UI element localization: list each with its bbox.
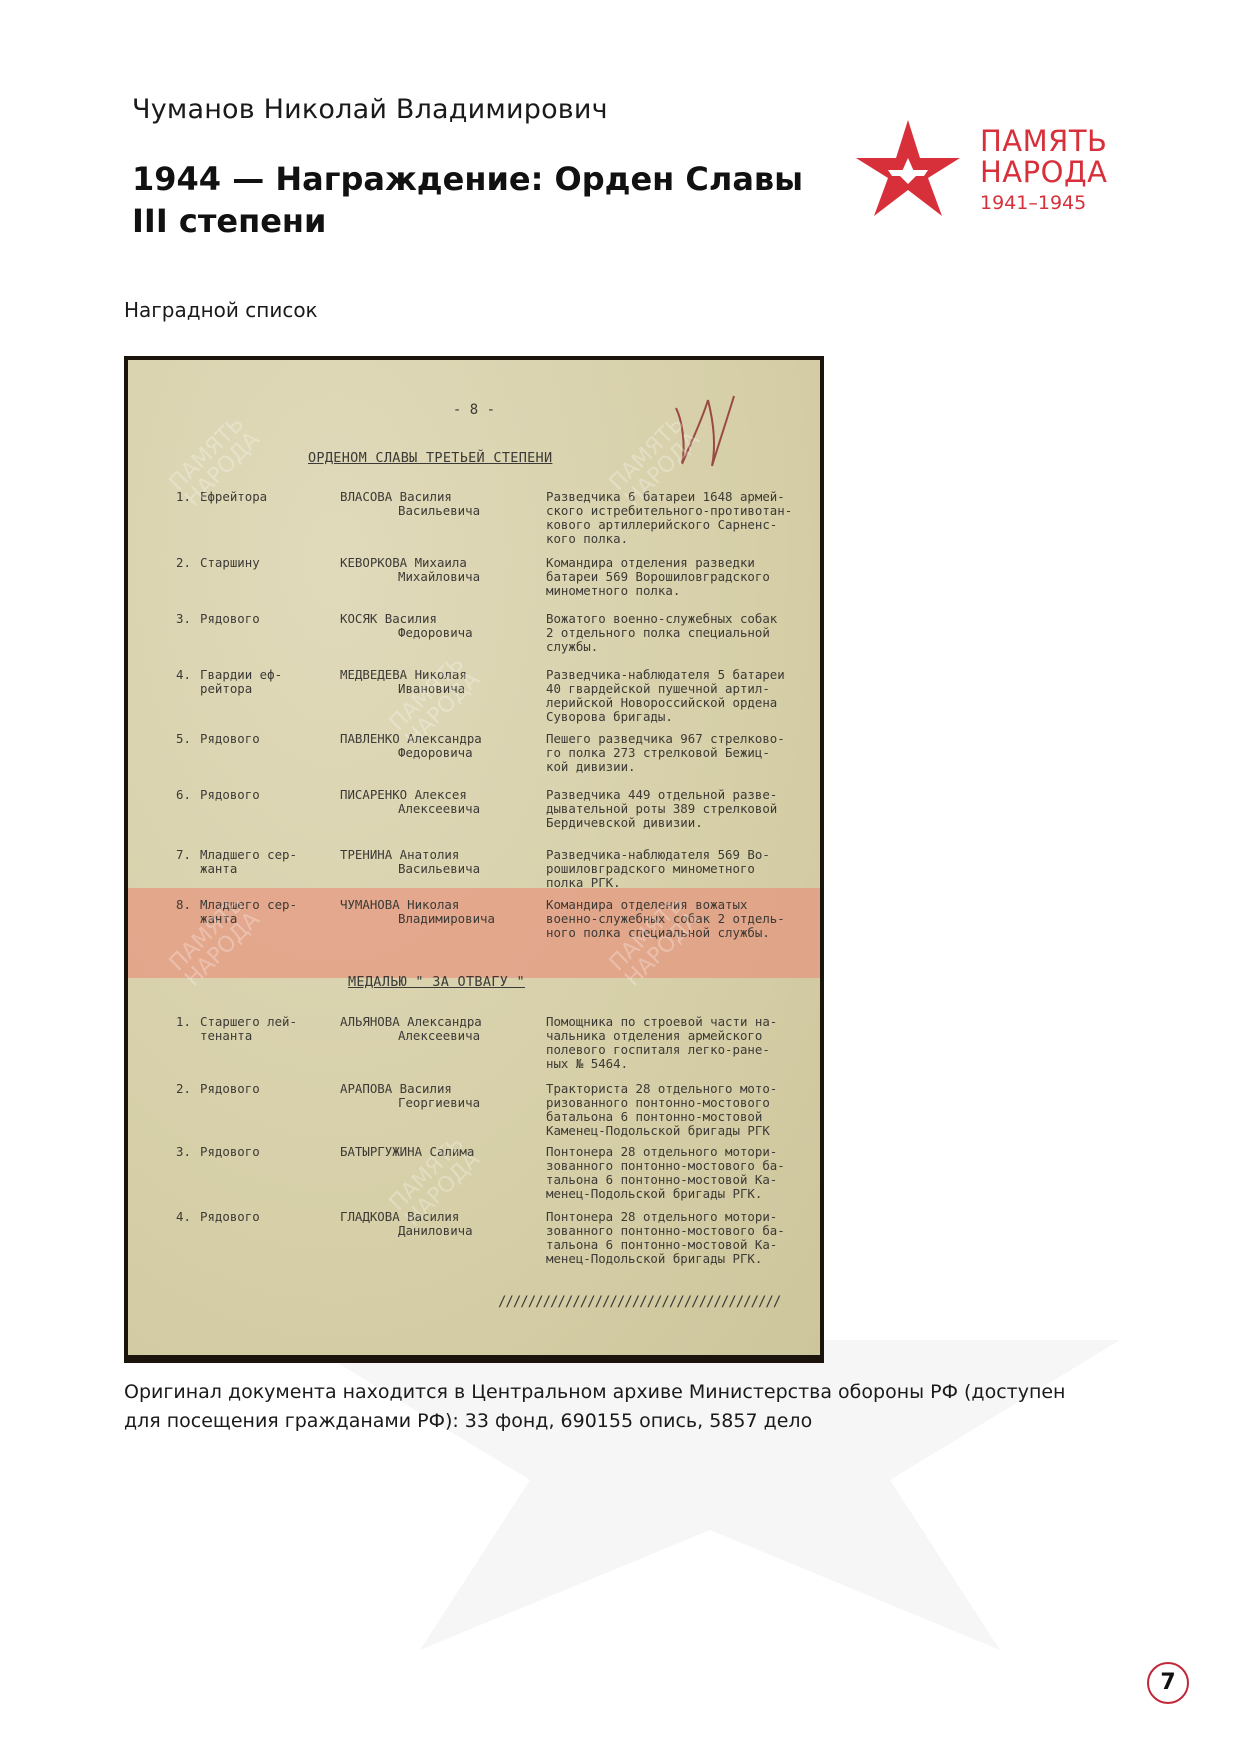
entry-name: КОСЯК ВасилияФедоровича — [340, 612, 520, 640]
entry-rank: Ефрейтора — [200, 490, 330, 504]
entry-description: Понтонера 28 отдельного мотори- зованног… — [546, 1210, 820, 1266]
closing-slashes: ////////////////////////////////////// — [498, 1294, 780, 1310]
entry-rank: Рядового — [200, 732, 330, 746]
entry-name: ТРЕНИНА АнатолияВасильевича — [340, 848, 520, 876]
entry-number: 7. — [176, 848, 196, 862]
entry-description: Разведчика-наблюдателя 569 Во- рошиловгр… — [546, 848, 820, 890]
entry-name: ПАВЛЕНКО АлександраФедоровича — [340, 732, 520, 760]
entry-rank: Гвардии еф- рейтора — [200, 668, 330, 696]
entry-number: 2. — [176, 1082, 196, 1096]
entry-rank: Старшего лей- тенанта — [200, 1015, 330, 1043]
entry-description: Тракториста 28 отдельного мото- ризованн… — [546, 1082, 820, 1138]
entry-number: 5. — [176, 732, 196, 746]
entry-rank: Рядового — [200, 788, 330, 802]
page-number-badge: 7 — [1147, 1662, 1189, 1704]
entry-rank: Рядового — [200, 612, 330, 626]
entry-rank: Рядового — [200, 1145, 330, 1159]
entry-name: МЕДВЕДЕВА НиколаяИвановича — [340, 668, 520, 696]
document-label: Наградной список — [124, 298, 318, 322]
entry-rank: Старшину — [200, 556, 330, 570]
entry-description: Командира отделения разведки батареи 569… — [546, 556, 820, 598]
person-name: Чуманов Николай Владимирович — [132, 94, 608, 125]
entry-number: 1. — [176, 490, 196, 504]
entry-description: Разведчика 6 батареи 1648 армей- ского и… — [546, 490, 820, 546]
document-paper: - 8 - ОРДЕНОМ СЛАВЫ ТРЕТЬЕЙ СТЕПЕНИ 1.Еф… — [128, 360, 820, 1355]
entry-number: 4. — [176, 668, 196, 682]
archive-caption: Оригинал документа находится в Центральн… — [124, 1378, 1104, 1436]
entry-number: 2. — [176, 556, 196, 570]
entry-name: ПИСАРЕНКО АлексеяАлексеевича — [340, 788, 520, 816]
logo-text: ПАМЯТЬ НАРОДА 1941–1945 — [980, 126, 1107, 216]
handwritten-mark-icon — [668, 390, 738, 470]
pamyat-naroda-logo: ПАМЯТЬ НАРОДА 1941–1945 — [856, 118, 1126, 218]
entry-number: 4. — [176, 1210, 196, 1224]
logo-line-2: НАРОДА — [980, 157, 1107, 188]
entry-rank: Младшего сер- жанта — [200, 898, 330, 926]
entry-number: 8. — [176, 898, 196, 912]
entry-name: ЧУМАНОВА НиколаяВладимировича — [340, 898, 520, 926]
entry-number: 3. — [176, 1145, 196, 1159]
entry-name: ГЛАДКОВА ВасилияДаниловича — [340, 1210, 520, 1238]
entry-description: Понтонера 28 отдельного мотори- зованног… — [546, 1145, 820, 1201]
entry-description: Вожатого военно-служебных собак 2 отдель… — [546, 612, 820, 654]
entry-rank: Рядового — [200, 1082, 330, 1096]
entry-name: АРАПОВА ВасилияГеоргиевича — [340, 1082, 520, 1110]
section-heading-order-of-glory: ОРДЕНОМ СЛАВЫ ТРЕТЬЕЙ СТЕПЕНИ — [308, 450, 552, 466]
entry-description: Пешего разведчика 967 стрелково- го полк… — [546, 732, 820, 774]
logo-line-1: ПАМЯТЬ — [980, 126, 1107, 157]
entry-name: КЕВОРКОВА МихаилаМихайловича — [340, 556, 520, 584]
entry-number: 6. — [176, 788, 196, 802]
entry-name: ВЛАСОВА ВасилияВасильевича — [340, 490, 520, 518]
section-heading-medal-for-courage: МЕДАЛЬЮ " ЗА ОТВАГУ " — [348, 974, 525, 990]
logo-years: 1941–1945 — [980, 190, 1107, 216]
entry-rank: Рядового — [200, 1210, 330, 1224]
entry-description: Командира отделения вожатых военно-служе… — [546, 898, 820, 940]
entry-description: Разведчика-наблюдателя 5 батареи 40 гвар… — [546, 668, 820, 724]
entry-description: Помощника по строевой части на- чальника… — [546, 1015, 820, 1071]
page-title: 1944 — Награждение: Орден Славы III степ… — [132, 158, 822, 242]
entry-description: Разведчика 449 отдельной разве- дыватель… — [546, 788, 820, 830]
red-star-icon — [856, 118, 960, 218]
entry-rank: Младшего сер- жанта — [200, 848, 330, 876]
award-document-scan: - 8 - ОРДЕНОМ СЛАВЫ ТРЕТЬЕЙ СТЕПЕНИ 1.Еф… — [124, 356, 824, 1363]
entry-name: БАТЫРГУЖИНА Салима — [340, 1145, 520, 1159]
entry-number: 3. — [176, 612, 196, 626]
entry-name: АЛЬЯНОВА АлександраАлексеевича — [340, 1015, 520, 1043]
entry-number: 1. — [176, 1015, 196, 1029]
